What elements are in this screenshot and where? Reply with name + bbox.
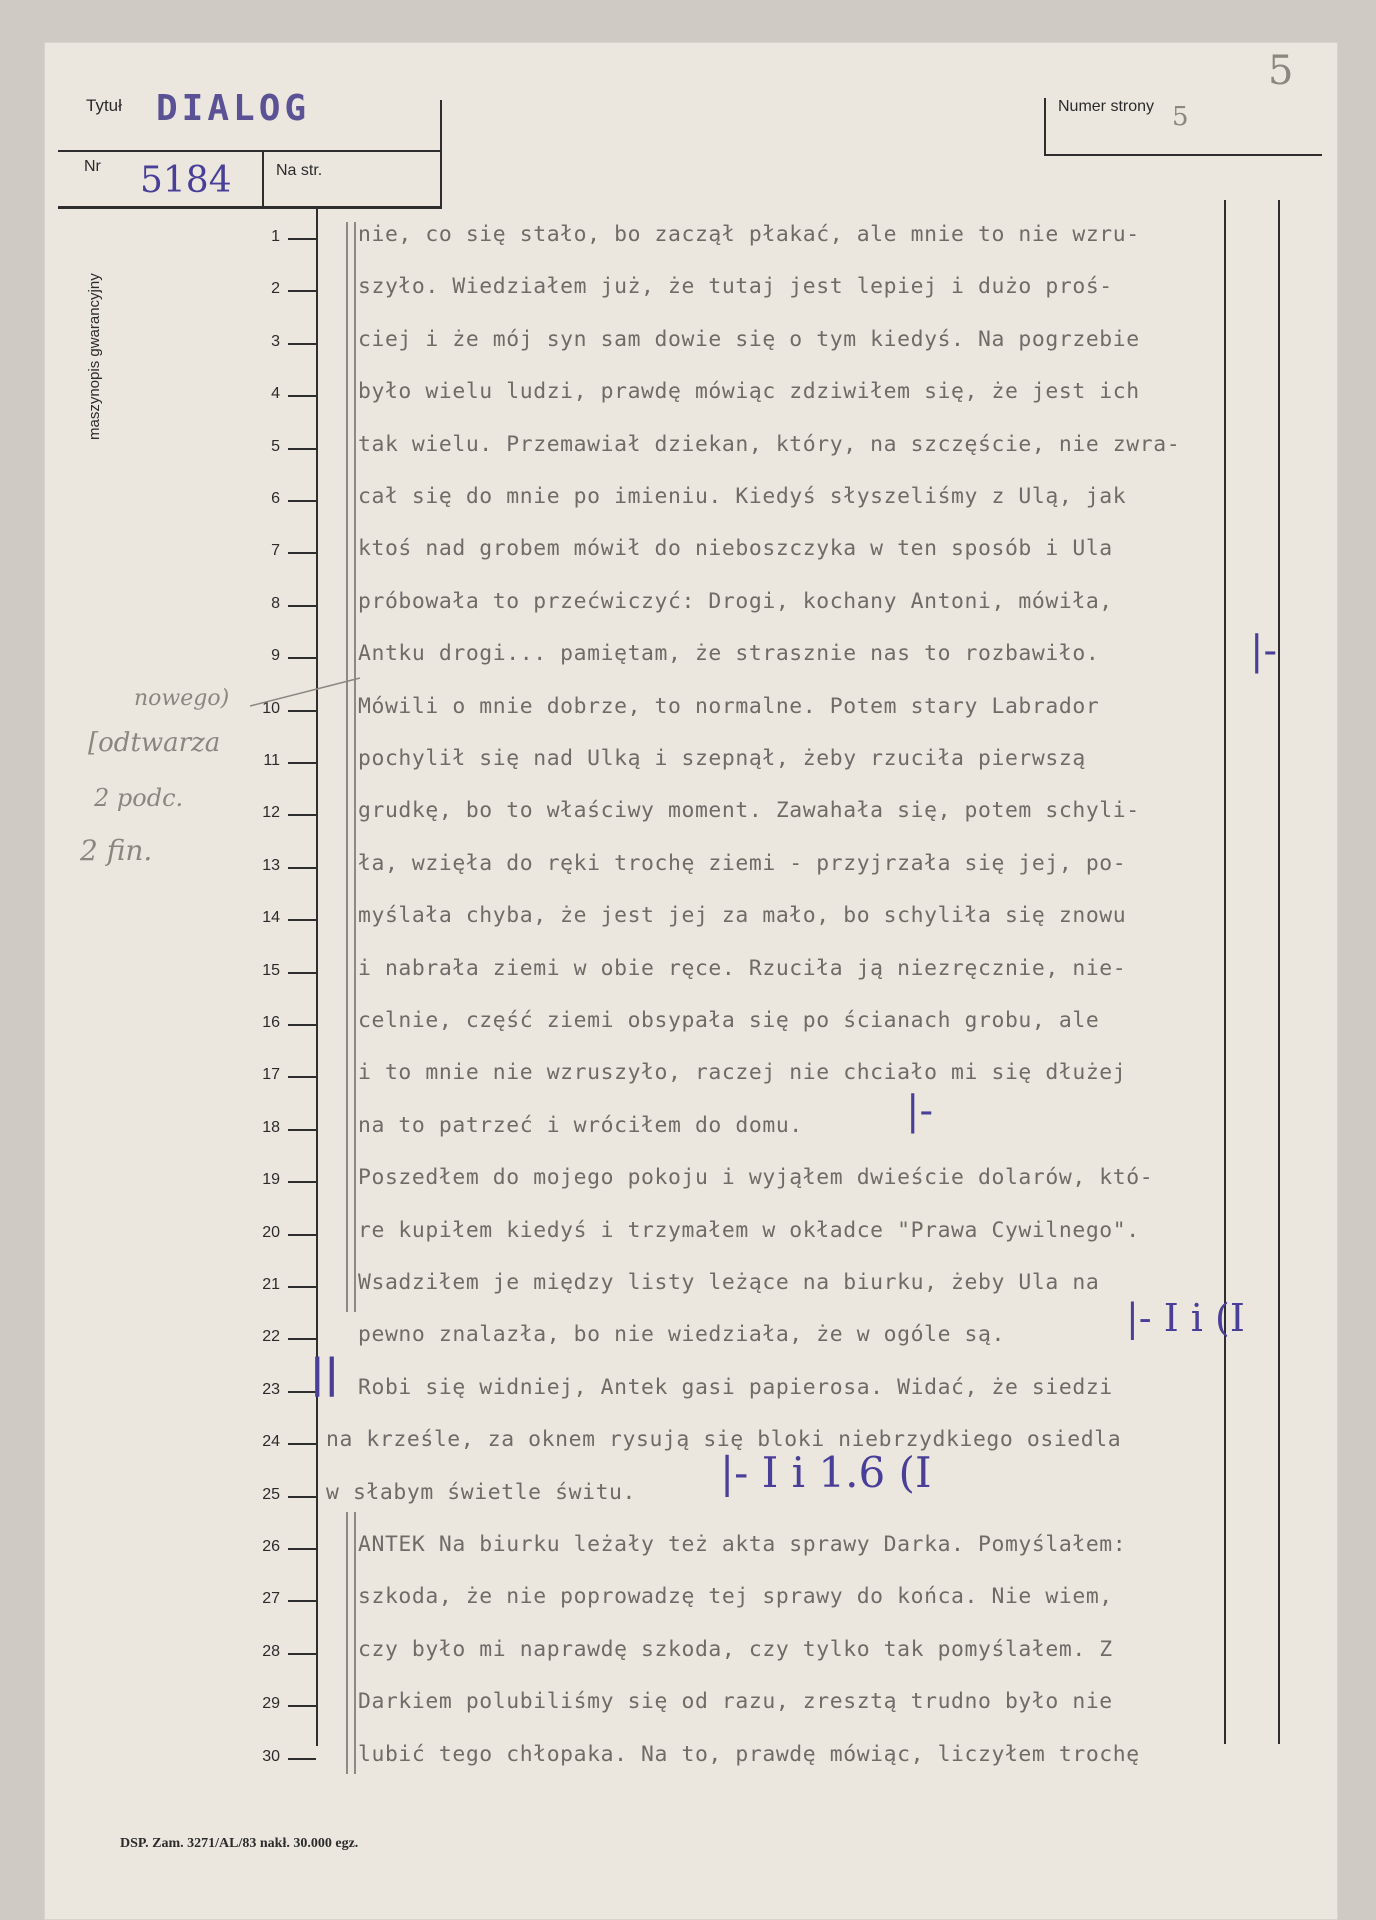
line-number: 15 xyxy=(240,962,280,980)
line-number: 17 xyxy=(240,1066,280,1084)
margin-note-nowego: nowego) xyxy=(134,686,229,711)
typed-line: było wielu ludzi, prawdę mówiąc zdziwiłe… xyxy=(358,379,1140,404)
nr-value: 5184 xyxy=(140,160,232,201)
right-margin-line-2 xyxy=(1278,200,1280,1744)
line-number: 29 xyxy=(240,1695,280,1713)
line-tick xyxy=(288,500,316,502)
line-tick xyxy=(288,290,316,292)
line-number: 11 xyxy=(240,752,280,770)
margin-note-odtwarza: [odtwarza xyxy=(88,728,220,758)
page-number-value: 5 xyxy=(1172,102,1189,132)
print-footer: DSP. Zam. 3271/AL/83 nakł. 30.000 egz. xyxy=(120,1836,358,1852)
typed-line: na to patrzeć i wróciłem do domu. xyxy=(358,1113,803,1138)
line-number: 6 xyxy=(240,490,280,508)
line-number: 4 xyxy=(240,385,280,403)
line-tick xyxy=(288,867,316,869)
title-stamp: DIALOG xyxy=(156,88,310,129)
typed-line: szyło. Wiedziałem już, że tutaj jest lep… xyxy=(358,274,1113,299)
title-label: Tytuł xyxy=(86,96,122,116)
right-margin-line-1 xyxy=(1224,200,1226,1744)
line-number: 12 xyxy=(240,804,280,822)
typed-line: celnie, część ziemi obsypała się po ścia… xyxy=(358,1008,1099,1033)
typed-line: i to mnie nie wzruszyło, raczej nie chci… xyxy=(358,1060,1126,1085)
typed-line: i nabrała ziemi w obie ręce. Rzuciła ją … xyxy=(358,956,1126,981)
line-tick xyxy=(288,710,316,712)
line-number: 28 xyxy=(240,1643,280,1661)
line-tick xyxy=(288,1129,316,1131)
line-tick xyxy=(288,919,316,921)
typed-line: nie, co się stało, bo zaczął płakać, ale… xyxy=(358,222,1140,247)
line-number: 9 xyxy=(240,647,280,665)
line-number: 19 xyxy=(240,1171,280,1189)
mark-line-18: |- xyxy=(906,1088,933,1134)
line-tick xyxy=(288,1286,316,1288)
page-number-label: Numer strony xyxy=(1058,98,1154,116)
line-tick xyxy=(288,657,316,659)
page-box-bottom-rule xyxy=(1044,154,1322,156)
typed-line: myślała chyba, że jest jej za mało, bo s… xyxy=(358,903,1126,928)
line-tick xyxy=(288,1024,316,1026)
line-number: 3 xyxy=(240,333,280,351)
line-number: 21 xyxy=(240,1276,280,1294)
line-number-ruler xyxy=(316,208,318,1746)
typed-line: pewno znalazła, bo nie wiedziała, że w o… xyxy=(358,1322,1005,1347)
line-tick xyxy=(288,238,316,240)
line-tick xyxy=(288,762,316,764)
line-number: 18 xyxy=(240,1119,280,1137)
line-tick xyxy=(288,1600,316,1602)
line-number: 23 xyxy=(240,1381,280,1399)
line-tick xyxy=(288,343,316,345)
header-divider xyxy=(262,150,264,208)
line-number: 30 xyxy=(240,1748,280,1766)
mark-line-22: |- I i (I xyxy=(1126,1296,1245,1340)
margin-double-line-upper xyxy=(346,222,356,1312)
line-number: 8 xyxy=(240,595,280,613)
typed-line: cał się do mnie po imieniu. Kiedyś słysz… xyxy=(358,484,1126,509)
side-label: maszynopis gwarancyjny xyxy=(86,273,103,440)
line-number: 7 xyxy=(240,542,280,560)
page-box-left-border xyxy=(1044,98,1046,154)
line-tick xyxy=(288,1758,316,1760)
line-number: 14 xyxy=(240,909,280,927)
line-tick xyxy=(288,1443,316,1445)
line-number: 1 xyxy=(240,228,280,246)
margin-double-line-lower xyxy=(346,1512,356,1774)
margin-note-podc: 2 podc. xyxy=(94,784,183,812)
line-number: 13 xyxy=(240,857,280,875)
header-rule xyxy=(58,150,442,152)
line-number: 20 xyxy=(240,1224,280,1242)
line-tick xyxy=(288,448,316,450)
header-right-border xyxy=(440,100,442,208)
line-number: 22 xyxy=(240,1328,280,1346)
line-tick xyxy=(288,1076,316,1078)
line-tick xyxy=(288,814,316,816)
line-tick xyxy=(288,1338,316,1340)
typed-line: Antku drogi... pamiętam, że strasznie na… xyxy=(358,641,1099,666)
pencil-connector-line xyxy=(250,670,370,710)
line-tick xyxy=(288,395,316,397)
typed-line: re kupiłem kiedyś i trzymałem w okładce … xyxy=(358,1218,1140,1243)
line-tick xyxy=(288,1496,316,1498)
typed-line: lubić tego chłopaka. Na to, prawdę mówią… xyxy=(358,1742,1140,1767)
line-number: 2 xyxy=(240,280,280,298)
typed-line: Poszedłem do mojego pokoju i wyjąłem dwi… xyxy=(358,1165,1153,1190)
typed-line: Mówili o mnie dobrze, to normalne. Potem… xyxy=(358,694,1099,719)
na-str-label: Na str. xyxy=(276,162,322,180)
line-tick xyxy=(288,1181,316,1183)
typed-line: ktoś nad grobem mówił do nieboszczyka w … xyxy=(358,536,1113,561)
typed-line: grudkę, bo to właściwy moment. Zawahała … xyxy=(358,798,1140,823)
line-tick xyxy=(288,605,316,607)
typed-line: pochylił się nad Ulką i szepnął, żeby rz… xyxy=(358,746,1086,771)
line-number: 27 xyxy=(240,1590,280,1608)
line-tick xyxy=(288,1705,316,1707)
line-tick xyxy=(288,1548,316,1550)
corner-page-mark: 5 xyxy=(1268,48,1293,94)
line-tick xyxy=(288,1234,316,1236)
header-bottom-rule xyxy=(58,206,442,209)
margin-note-fin: 2 fin. xyxy=(80,834,152,867)
line-number: 24 xyxy=(240,1433,280,1451)
typed-line: szkoda, że nie poprowadzę tej sprawy do … xyxy=(358,1584,1113,1609)
line-number: 16 xyxy=(240,1014,280,1032)
typed-line: Darkiem polubiliśmy się od razu, zresztą… xyxy=(358,1689,1113,1714)
typed-line: tak wielu. Przemawiał dziekan, który, na… xyxy=(358,432,1180,457)
mark-line-25: |- I i 1.6 (I xyxy=(720,1448,932,1497)
typed-line: w słabym świetle świtu. xyxy=(326,1480,636,1505)
mark-line-23: || xyxy=(310,1350,339,1397)
typed-line: ciej i że mój syn sam dowie się o tym ki… xyxy=(358,327,1140,352)
typed-line: ła, wzięła do ręki trochę ziemi - przyjr… xyxy=(358,851,1126,876)
nr-label: Nr xyxy=(84,158,101,176)
line-tick xyxy=(288,972,316,974)
line-number: 5 xyxy=(240,438,280,456)
typed-line: Wsadziłem je między listy leżące na biur… xyxy=(358,1270,1099,1295)
line-tick xyxy=(288,552,316,554)
mark-line-9: |- xyxy=(1250,628,1277,674)
typed-line: czy było mi naprawdę szkoda, czy tylko t… xyxy=(358,1637,1113,1662)
typed-line: ANTEK Na biurku leżały też akta sprawy D… xyxy=(358,1532,1126,1557)
line-number: 26 xyxy=(240,1538,280,1556)
typed-line: Robi się widniej, Antek gasi papierosa. … xyxy=(358,1375,1113,1400)
typed-line: próbowała to przećwiczyć: Drogi, kochany… xyxy=(358,589,1113,614)
line-number: 25 xyxy=(240,1486,280,1504)
line-tick xyxy=(288,1653,316,1655)
